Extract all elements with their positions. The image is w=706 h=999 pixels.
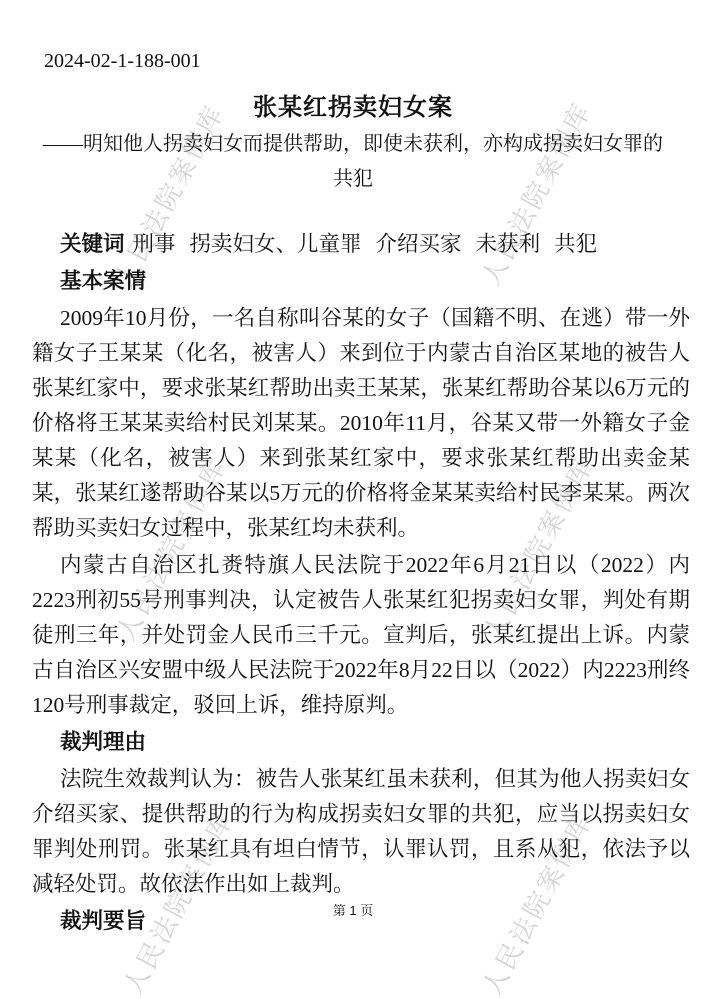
keyword-item: 介绍买家 (376, 232, 462, 256)
keyword-item: 共犯 (554, 232, 597, 256)
keyword-item: 刑事 (133, 232, 176, 256)
document-content: 2024-02-1-188-001 张某红拐卖妇女案 ——明知他人拐卖妇女而提供… (0, 0, 706, 939)
section-heading-basic-facts: 基本案情 (32, 264, 690, 299)
case-subtitle: ——明知他人拐卖妇女而提供帮助，即使未获利，亦构成拐卖妇女罪的 共犯 (0, 127, 706, 197)
keyword-item: 未获利 (476, 232, 541, 256)
paragraph-basic-facts-1: 2009年10月份，一名自称叫谷某的女子（国籍不明、在逃）带一外籍女子王某某（化… (32, 301, 690, 546)
subtitle-line-2: 共犯 (0, 162, 706, 197)
paragraph-basic-facts-2: 内蒙古自治区扎赉特旗人民法院于2022年6月21日以（2022）内2223刑初5… (32, 548, 690, 723)
keywords-label: 关键词 (60, 232, 125, 256)
document-page: 人民法院案例库 人民法院案例库 人民法院案例库 人民法院案例库 人民法院案例库 … (0, 0, 706, 999)
doc-number: 2024-02-1-188-001 (0, 0, 706, 73)
page-number: 第 1 页 (0, 900, 706, 919)
paragraph-reasoning-1: 法院生效裁判认为：被告人张某红虽未获利，但其为他人拐卖妇女介绍买家、提供帮助的行… (32, 762, 690, 902)
case-title: 张某红拐卖妇女案 (0, 87, 706, 122)
section-heading-reasoning: 裁判理由 (32, 725, 690, 760)
keywords-line: 关键词刑事拐卖妇女、儿童罪介绍买家未获利共犯 (32, 227, 690, 262)
subtitle-line-1: ——明知他人拐卖妇女而提供帮助，即使未获利，亦构成拐卖妇女罪的 (0, 127, 706, 162)
document-body: 关键词刑事拐卖妇女、儿童罪介绍买家未获利共犯 基本案情 2009年10月份，一名… (32, 227, 690, 939)
keyword-item: 拐卖妇女、儿童罪 (190, 232, 362, 256)
